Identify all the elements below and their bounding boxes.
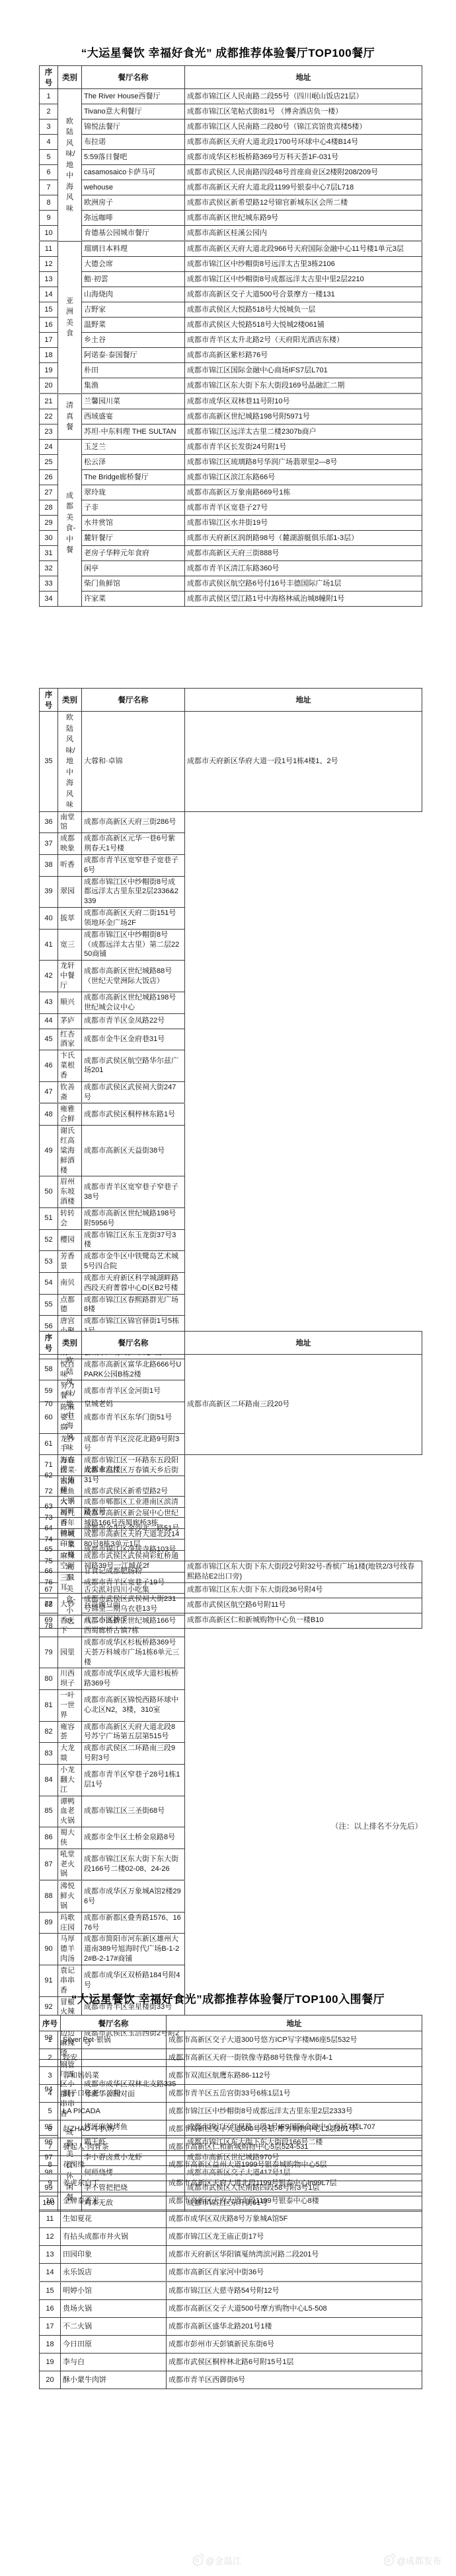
row-index: 8: [40, 2156, 61, 2175]
restaurant-name: 许家菜: [82, 592, 185, 607]
restaurant-name: 花图缘: [61, 2156, 167, 2175]
restaurant-address: 成都市金牛区金府巷31号: [82, 1029, 185, 1050]
table-row: 55:59落日餐吧成都市成华区杉板桥路369号万科天荟1F-031号: [40, 150, 422, 165]
category-label: 欧陆风味/地中海风味: [66, 712, 74, 811]
restaurant-name: 不二火锅: [61, 2318, 167, 2336]
restaurant-address: 成都市高新区交子大道500号摩方购物中心L5-508: [167, 2300, 422, 2318]
table-row: 52樱园成都市锦江区东玉龙街37号3楼: [40, 1229, 422, 1251]
restaurant-address: 成都市高新区天府大道北段966号天府国际金融中心11号楼1单元3层: [185, 241, 422, 257]
col-header-index: 序号: [40, 689, 58, 712]
restaurant-name: 成都映象: [58, 833, 82, 855]
restaurant-address: 成都市锦江区龙王庙正街17号: [167, 2228, 422, 2246]
watermark-left: @金温江: [193, 2554, 241, 2567]
restaurant-address: 成都市高新区新会展中心世纪城路166号西蜀廊桥3栋: [82, 1507, 185, 1529]
table-row: 48雍雅合鲜成都市武侯区桐梓林东路1号: [40, 1103, 422, 1125]
restaurant-name: 雍雅合鲜: [58, 1103, 82, 1125]
table-row: 77大妙成都市武侯区武侯祠大街231号锦里二期乌衣巷13号: [40, 1594, 422, 1615]
restaurant-name: 园里: [58, 1637, 82, 1668]
restaurant-table: 序号类别餐厅名称地址1欧陆风味/地中海风味The River House西餐厅成…: [39, 65, 422, 607]
row-index: 79: [40, 1637, 58, 1668]
header-row: 序号类别餐厅名称地址: [40, 689, 422, 712]
row-index: 13: [40, 2246, 61, 2264]
row-index: 76: [40, 1572, 58, 1594]
category-label: 清真餐: [66, 400, 74, 433]
ranking-note: （注：以上排名不分先后）: [39, 1821, 422, 1831]
row-index: 40: [40, 908, 58, 930]
table-row: 50眉州东坡酒楼成都市青羊区宽窄巷子窄巷子38号: [40, 1176, 422, 1208]
restaurant-name: 温野菜: [82, 318, 185, 333]
row-index: 20: [40, 2371, 61, 2389]
restaurant-address: 成都市锦江区春熙路群光广场8楼: [82, 1294, 185, 1316]
restaurant-name: 明婷小馆: [61, 2282, 167, 2300]
table-row: 87吼堂老火锅成都市锦江区东大街下东大街段166号二楼02-08、24-26: [40, 1848, 422, 1880]
row-index: 31: [40, 546, 58, 561]
col-header-address: 地址: [185, 689, 422, 712]
restaurant-name: 大蓉和·卓锦: [82, 712, 185, 812]
row-index: 84: [40, 1764, 58, 1796]
row-index: 27: [40, 485, 58, 500]
table-row: 6casamosaico卡萨马可成都市武侯区人民南路四段48号首座商业区2楼附2…: [40, 165, 422, 180]
top100-title: “大运星餐饮 幸福好食光” 成都推荐体验餐厅TOP100餐厅: [0, 44, 456, 60]
table-row: 19李与白成都市武侯区桐梓林北路6号附15号1层: [40, 2354, 422, 2371]
table-row: 11亚洲美食瑠璃日本料理成都市高新区天府大道北段966号天府国际金融中心11号楼…: [40, 241, 422, 257]
top100-table-part1: 序号类别餐厅名称地址1欧陆风味/地中海风味The River House西餐厅成…: [39, 65, 422, 607]
shortlist-table: 序号餐厅名称地址1Silver Pot·银锅成都市高新区交子大道300号悠方IC…: [39, 2015, 422, 2389]
row-index: 55: [40, 1294, 58, 1316]
restaurant-name: 肯德基公园城市餐厅: [82, 226, 185, 242]
table-row: 28子非成都市青羊区宽巷子27号: [40, 500, 422, 516]
restaurant-name: 眉州东坡酒楼: [58, 1176, 82, 1208]
restaurant-name: 蓉和妈妈菜: [61, 2067, 167, 2085]
restaurant-name: 茅庐: [58, 1013, 82, 1029]
restaurant-name: 龙轩中餐厅: [58, 961, 82, 992]
row-index: 24: [40, 440, 58, 455]
table-row: 74锦城印象成都市高新区天府大道北段1480号8栋3单元1层: [40, 1529, 422, 1551]
table-row: 13鮨·初雲成都市锦江区中纱帽街8号成都远洋太古里中里2层2210: [40, 272, 422, 287]
row-index: 43: [40, 992, 58, 1013]
row-index: 11: [40, 241, 58, 257]
table-row: 6赵ZHAO·牛扒坊成都市高新区交子大道500号合景·摩方购物中心L2层201号: [40, 2120, 422, 2138]
restaurant-address: 成都市成华区万象城A馆2楼296号: [82, 1880, 185, 1912]
row-index: 26: [40, 470, 58, 485]
row-index: 33: [40, 576, 58, 592]
restaurant-address: 成都市天府新区科学城湖畔路西段天府菁蓉中心D区B2号楼: [82, 1272, 185, 1294]
restaurant-name: 苏坦·中东料理 THE SULTAN: [82, 424, 185, 440]
table-row: 19朴田成都市锦江区国际金融中心商场IFS7层L701: [40, 363, 422, 378]
table-row: 80川西坝子成都市成华区成华大道杉板桥路369号: [40, 1668, 422, 1690]
restaurant-name: 今日田原: [61, 2336, 167, 2354]
row-index: 9: [40, 211, 58, 226]
restaurant-address: 成都市成华区成华大道杉板桥路369号: [82, 1668, 185, 1690]
restaurant-address: 成都市高新区世纪城路166号西蜀廊桥古镇7栋: [82, 1615, 185, 1637]
restaurant-name: 红杏酒家: [58, 1029, 82, 1050]
restaurant-address: 成都市锦江区中纱帽街8号（成都远洋太古里）第二层2250商铺: [82, 929, 185, 961]
table-row: 3锦悦法餐厅成都市锦江区人民南路二段80号（锦江宾馆贵宾楼5楼）: [40, 119, 422, 135]
restaurant-name: The River House西餐厅: [82, 89, 185, 104]
restaurant-address: 成都市锦江区中纱帽街8号成都远洋太古里东里2层2336&2339: [82, 876, 185, 908]
restaurant-address: 成都市高新区仁和新城购物中心5层524-531: [167, 2138, 422, 2156]
restaurant-name: 闲亭: [82, 561, 185, 576]
category-label: 欧陆风味/地中海风味: [66, 1355, 74, 1454]
restaurant-address: 成都市锦江区大慈寺路54号附12号: [167, 2282, 422, 2300]
restaurant-name: 轻安: [61, 2049, 167, 2067]
table-row: 82雍容荟成都市高新区天府大道北段8号苏宁广场第五层第515号: [40, 1721, 422, 1743]
restaurant-name: 洞子口张老二凉粉: [61, 2085, 167, 2103]
table-row: 12有拈头成都市井火锅成都市锦江区龙王庙正街17号: [40, 2228, 422, 2246]
restaurant-name: 一叶一世界: [58, 1690, 82, 1722]
restaurant-name: Silver Pot·银锅: [61, 2031, 167, 2049]
row-index: 15: [40, 302, 58, 318]
col-header-address: 地址: [185, 1332, 422, 1355]
restaurant-name: 卞氏菜根香: [58, 1050, 82, 1082]
table-row: 70欧陆风味/地中海风味皇城老妈成都市高新区二环路南三段20号: [40, 1355, 422, 1455]
row-index: 13: [40, 272, 58, 287]
col-header-name: 餐厅名称: [82, 66, 185, 89]
row-index: 5: [40, 2103, 61, 2120]
restaurant-address: 成都市高新区益州大道1999号银泰城购物中心5层: [167, 2156, 422, 2175]
restaurant-address: 成都市武侯区武侯祠彩虹桥通祠路39号一江城花2f: [82, 1551, 185, 1573]
restaurant-address: 成都市青羊区五岳宫街33号6栋1层1号: [167, 2085, 422, 2103]
row-index: 2: [40, 2049, 61, 2067]
row-index: 73: [40, 1507, 58, 1529]
restaurant-address: 成都市青羊区太升北路2号（天府阳光酒店东楼）: [185, 333, 422, 348]
table-row: 8花图缘成都市高新区益州大道1999号银泰城购物中心5层: [40, 2156, 422, 2175]
restaurant-address: 成都市高新区交子大道500号合景·摩方购物中心L2层201号: [167, 2120, 422, 2138]
col-header-index: 序号: [40, 1332, 58, 1355]
table-row: 88沸悦鲜火锅成都市成华区万象城A馆2楼296号: [40, 1880, 422, 1912]
table-row: 90马厚德羊肉汤成都市简阳市河东新区雄州大道南389号旭海时代广场B-1-22#…: [40, 1934, 422, 1965]
restaurant-name: 皇城老妈: [82, 1355, 185, 1455]
restaurant-address: 成都市锦江区中纱帽街8号成都远洋太古里中里2层2210: [185, 272, 422, 287]
restaurant-address: 成都市成华区杉板桥路369号天荟万科城市广场1栋6单元三楼: [82, 1637, 185, 1668]
row-index: 1: [40, 89, 58, 104]
table-row: 20酥小蒙牛肉饼成都市青羊区西御街6号: [40, 2371, 422, 2389]
restaurant-address: 成都市高新区天府大道北段1199号银泰中心in99L7层: [167, 2174, 422, 2192]
restaurant-address: 成都市高新区锦悦西路环球中心北区N2，3楼，310室: [82, 1690, 185, 1722]
row-index: 16: [40, 2300, 61, 2318]
table-row: 24成都美食-中餐玉芝兰成都市青羊区长发街24号附1号: [40, 440, 422, 455]
table-row: 4洞子口张老二凉粉成都市青羊区五岳宫街33号6栋1层1号: [40, 2085, 422, 2103]
restaurant-name: 西域盛宴: [82, 409, 185, 424]
table-row: 16贵场火锅成都市高新区交子大道500号摩方购物中心L5-508: [40, 2300, 422, 2318]
table-row: 47钦善斋成都市武侯区武侯祠大街247号: [40, 1081, 422, 1103]
row-index: 51: [40, 1207, 58, 1229]
restaurant-address: 成都市青羊区西御街6号: [167, 2371, 422, 2389]
restaurant-address: 成都市高新区世纪城路198号附5971号: [185, 409, 422, 424]
restaurant-name: 蜀九香: [58, 1507, 82, 1529]
restaurant-address: 成都市高新区天府大道北段1199号银泰中心8楼: [167, 2192, 422, 2210]
restaurant-address: 成都市高新区盛华北路201号1楼: [167, 2318, 422, 2336]
restaurant-name: 三只耳: [58, 1572, 82, 1594]
restaurant-address: 成都市锦江区中纱帽街8号远洋太古里3栋2106: [185, 257, 422, 272]
table-row: 30麓轩餐厅成都市天府新区润朗路98号（麓湖游艇俱乐部1-3层）: [40, 531, 422, 546]
restaurant-name: 老房子华粹元年食府: [82, 546, 185, 561]
restaurant-name: 翠园: [58, 876, 82, 908]
restaurant-name: 柴门鱼鲜馆: [82, 576, 185, 592]
row-index: 39: [40, 876, 58, 908]
row-index: 28: [40, 500, 58, 516]
restaurant-name: 转转会: [58, 1207, 82, 1229]
restaurant-address: 成都市天府新区华阳镇戛纳湾滨河路二段201号: [167, 2246, 422, 2264]
restaurant-name: 集渔: [82, 378, 185, 394]
row-index: 88: [40, 1880, 58, 1912]
restaurant-name: 子非: [82, 500, 185, 516]
restaurant-address: 成都市锦江区一环路东五段阳光新业六楼: [82, 1454, 185, 1476]
restaurant-address: 成都市高新区天府大道北段1480号8栋3单元1层: [82, 1529, 185, 1551]
table-row: 55点都德成都市锦江区春熙路群光广场8楼: [40, 1294, 422, 1316]
restaurant-name: 顺兴: [58, 992, 82, 1013]
table-row: 40拔萃成都市高新区天府二街151号领地环金广场2F: [40, 908, 422, 930]
shortlist-title: “大运星餐饮 幸福好食光”成都推荐体验餐厅TOP100入围餐厅: [0, 1990, 456, 2006]
restaurant-name: 沸悦鲜火锅: [58, 1880, 82, 1912]
row-index: 16: [40, 318, 58, 333]
restaurant-address: 成都市青羊区宽巷子19号: [82, 1572, 185, 1594]
restaurant-address: 成都市成华区双庆路8号万象城A馆5F: [167, 2210, 422, 2228]
row-index: 35: [40, 712, 58, 812]
restaurant-name: 瑠璃日本料理: [82, 241, 185, 257]
table-row: 22西域盛宴成都市高新区世纪城路198号附5971号: [40, 409, 422, 424]
table-row: 31老房子华粹元年食府成都市高新区天府三街888号: [40, 546, 422, 561]
restaurant-name: 玉芝兰: [82, 440, 185, 455]
table-row: 41宽三成都市锦江区中纱帽街8号（成都远洋太古里）第二层2250商铺: [40, 929, 422, 961]
row-index: 18: [40, 2336, 61, 2354]
weibo-icon: [384, 2556, 394, 2565]
restaurant-name: 大德会席: [82, 257, 185, 272]
restaurant-name: 大龙燚: [58, 1743, 82, 1765]
restaurant-name: 雍容荟: [58, 1721, 82, 1743]
document-page: “大运星餐饮 幸福好食光” 成都推荐体验餐厅TOP100餐厅 序号类别餐厅名称地…: [0, 0, 456, 2576]
restaurant-name: 南堂馆: [58, 811, 82, 833]
restaurant-name: Tivano意大利餐厅: [82, 104, 185, 119]
restaurant-name: casamosaico卡萨马可: [82, 165, 185, 180]
row-index: 12: [40, 257, 58, 272]
restaurant-address: 成都市锦江区笔帖式街81号 （博舍酒店负一楼）: [185, 104, 422, 119]
table-row: 79园里成都市成华区杉板桥路369号天荟万科城市广场1栋6单元三楼: [40, 1637, 422, 1668]
table-row: 17乡土谷成都市青羊区太升北路2号（天府阳光酒店东楼）: [40, 333, 422, 348]
category-cell: 成都美食-中餐: [58, 440, 82, 607]
restaurant-name: 锦悦法餐厅: [82, 119, 185, 135]
table-row: 13田园印象成都市天府新区华阳镇戛纳湾滨河路二段201号: [40, 2246, 422, 2264]
table-row: 36南堂馆成都市高新区天府三街286号: [40, 811, 422, 833]
col-header-category: 类别: [58, 1332, 82, 1355]
restaurant-name: 香天下: [58, 1615, 82, 1637]
restaurant-address: 成都市高新区天府三街286号: [82, 811, 185, 833]
table-row: 12大德会席成都市锦江区中纱帽街8号远洋太古里3栋2106: [40, 257, 422, 272]
restaurant-address: 成都市高新区肖家河中街36号: [167, 2264, 422, 2282]
col-header-category: 类别: [58, 689, 82, 712]
row-index: 87: [40, 1848, 58, 1880]
restaurant-name: 金牌泰香米: [61, 2192, 167, 2210]
restaurant-name: 李与白: [61, 2354, 167, 2371]
row-index: 19: [40, 363, 58, 378]
row-index: 29: [40, 516, 58, 531]
restaurant-address: 成都市高新区天益街38号: [82, 1126, 185, 1176]
restaurant-name: 阿诺泰·泰国餐厅: [82, 348, 185, 363]
row-index: 7: [40, 180, 58, 195]
table-row: 39翠园成都市锦江区中纱帽街8号成都远洋太古里东里2层2336&2339: [40, 876, 422, 908]
restaurant-name: 兰馨园川菜: [82, 393, 185, 409]
restaurant-address: 成都市高新区天府三街888号: [185, 546, 422, 561]
restaurant-name: 谢氏红高粱海鲜酒楼: [58, 1126, 82, 1176]
restaurant-name: 赵ZHAO·牛扒坊: [61, 2120, 167, 2138]
restaurant-address: 成都市新都区叠秀路1576、1676号: [82, 1912, 185, 1934]
row-index: 41: [40, 929, 58, 961]
restaurant-address: 成都市青羊区金凤路22号: [82, 1013, 185, 1029]
table-row: 11生如夏花成都市成华区双庆路8号万象城A馆5F: [40, 2210, 422, 2228]
row-index: 72: [40, 1476, 58, 1508]
restaurant-address: 成都市武侯区二环路南三段9号附3号: [82, 1743, 185, 1765]
row-index: 48: [40, 1103, 58, 1125]
watermark-right: @成都发布: [384, 2554, 441, 2567]
table-row: 9姜虎东白丁成都市高新区天府大道北段1199号银泰中心in99L7层: [40, 2174, 422, 2192]
table-row: 27翠玲珑成都市高新区万象南路669号1栋: [40, 485, 422, 500]
table-row: 2轻安成都市高新区天府一街铁像寺路88号铁像寺水街4-1: [40, 2049, 422, 2067]
restaurant-address: 成都市锦江区中纱帽街8号成都远洋太古里东里2层2333号: [167, 2103, 422, 2120]
restaurant-table: 序号餐厅名称地址1Silver Pot·银锅成都市高新区交子大道300号悠方IC…: [39, 2015, 422, 2389]
restaurant-address: 成都市简阳市河东新区雄州大道南389号旭海时代广场B-1-22#B-2-17#商…: [82, 1934, 185, 1965]
table-row: 72银滩鲍鱼火锅成都市武侯区新希望路2号: [40, 1476, 422, 1508]
table-row: 15明婷小馆成都市锦江区大慈寺路54号附12号: [40, 2282, 422, 2300]
table-row: 2Tivano意大利餐厅成都市锦江区笔帖式街81号 （博舍酒店负一楼）: [40, 104, 422, 119]
restaurant-address: 成都市锦江区远洋太古里二楼2307b商户: [185, 424, 422, 440]
col-header-name: 餐厅名称: [82, 689, 185, 712]
restaurant-name: 点都德: [58, 1294, 82, 1316]
row-index: 12: [40, 2228, 61, 2246]
row-index: 22: [40, 409, 58, 424]
restaurant-name: 小龙翻大江: [58, 1764, 82, 1796]
restaurant-name: 海底捞: [58, 1454, 82, 1476]
col-header-index: 序号: [40, 2016, 61, 2031]
table-row: 21清真餐兰馨园川菜成都市成华区双林巷11号附10号: [40, 393, 422, 409]
restaurant-address: 成都市高新区天府大道北段1700号环球中心4楼B14号: [185, 135, 422, 150]
restaurant-name: 大妙: [58, 1594, 82, 1615]
restaurant-address: 成都市武侯区人民南路四段48号首座商业区2楼附208/209号: [185, 165, 422, 180]
table-row: 7發起人·肉骨茶成都市高新区仁和新城购物中心5层524-531: [40, 2138, 422, 2156]
row-index: 25: [40, 455, 58, 470]
row-index: 14: [40, 287, 58, 302]
table-row: 84小龙翻大江成都市青羊区窄巷子28号1栋1层1号: [40, 1764, 422, 1796]
row-index: 10: [40, 2192, 61, 2210]
row-index: 17: [40, 2318, 61, 2336]
row-index: 7: [40, 2138, 61, 2156]
restaurant-name: 田园印象: [61, 2246, 167, 2264]
restaurant-name: 拔萃: [58, 908, 82, 930]
row-index: 32: [40, 561, 58, 576]
table-row: 46卞氏菜根香成都市武侯区航空路华尔兹广场201: [40, 1050, 422, 1082]
restaurant-address: 成都市高新区万象南路669号1栋: [185, 485, 422, 500]
row-index: 77: [40, 1594, 58, 1615]
table-row: 7wehouse成都市高新区天府大道北段1199号银泰中心7层L718: [40, 180, 422, 195]
row-index: 49: [40, 1126, 58, 1176]
restaurant-name: The Bridge廊桥餐厅: [82, 470, 185, 485]
restaurant-name: 吼堂老火锅: [58, 1848, 82, 1880]
table-row: 10肯德基公园城市餐厅成都市高新区桂溪公园内: [40, 226, 422, 242]
restaurant-address: 成都市锦江区琉璃路8号华润广场翡翠里2—8号: [185, 455, 422, 470]
row-index: 74: [40, 1529, 58, 1551]
row-index: 20: [40, 378, 58, 394]
header-row: 序号类别餐厅名称地址: [40, 1332, 422, 1355]
row-index: 6: [40, 2120, 61, 2138]
row-index: 52: [40, 1229, 58, 1251]
row-index: 6: [40, 165, 58, 180]
header-row: 序号餐厅名称地址: [40, 2016, 422, 2031]
restaurant-address: 成都市高新区二环路南三段20号: [185, 1355, 422, 1455]
restaurant-address: 成都市锦江区国际金融中心商场IFS7层L701: [185, 363, 422, 378]
row-index: 36: [40, 811, 58, 833]
table-row: 53芳香景成都市金牛区中铁鹭岛艺术城5号四合院: [40, 1251, 422, 1273]
row-index: 70: [40, 1355, 58, 1455]
restaurant-name: 南贝: [58, 1272, 82, 1294]
restaurant-address: 成都市高新区天府大道北段1199号银泰中心7层L718: [185, 180, 422, 195]
category-label: 欧陆风味/地中海风味: [66, 116, 74, 215]
restaurant-address: 成都市锦江区人民南路二段55号（四川岷山饭店21层）: [185, 89, 422, 104]
restaurant-name: 马厚德羊肉汤: [58, 1934, 82, 1965]
row-index: 3: [40, 2067, 61, 2085]
restaurant-address: 成都市成华区杉板桥路369号万科天荟1F-031号: [185, 150, 422, 165]
restaurant-name: 永乐饭店: [61, 2264, 167, 2282]
restaurant-address: 成都市锦江区水井街19号: [185, 516, 422, 531]
table-row: 32闲亭成都市青羊区清江东路360号: [40, 561, 422, 576]
restaurant-name: LA PICADA: [61, 2103, 167, 2120]
weibo-icon: [193, 2556, 203, 2565]
table-row: 33柴门鱼鲜馆成都市武侯区航空路6号付16号丰德国际广场1层: [40, 576, 422, 592]
restaurant-address: 成都市高新区世纪城路88号（世纪天堂洲际大饭店）: [82, 961, 185, 992]
row-index: 44: [40, 1013, 58, 1029]
row-index: 14: [40, 2264, 61, 2282]
restaurant-name: 翠玲珑: [82, 485, 185, 500]
col-header-name: 餐厅名称: [82, 1332, 185, 1355]
restaurant-name: 5:59落日餐吧: [82, 150, 185, 165]
table-row: 14山海烧肉成都市高新区交子大道500号合景摩方一楼131: [40, 287, 422, 302]
row-index: 3: [40, 119, 58, 135]
restaurant-address: 成都市锦江区滨江东路66号: [185, 470, 422, 485]
restaurant-address: 成都市天府新区华府大道一段1号1栋4楼1、2号: [185, 712, 422, 812]
restaurant-name: 乡土谷: [82, 333, 185, 348]
table-row: 75麻辣空间成都市武侯区武侯祠彩虹桥通祠路39号一江城花2f: [40, 1551, 422, 1573]
row-index: 75: [40, 1551, 58, 1573]
restaurant-name: 吉野家: [82, 302, 185, 318]
col-header-index: 序号: [40, 66, 58, 89]
restaurant-address: 成都市双流区航鹰东路86-112号: [167, 2067, 422, 2085]
restaurant-address: 成都市武侯区大悦路518号大悦城负一层: [185, 302, 422, 318]
restaurant-address: 成都市武侯区航空路6号付16号丰德国际广场1层: [185, 576, 422, 592]
row-index: 34: [40, 592, 58, 607]
restaurant-address: 成都市武侯区新希望路12号锦官新城东区会所二楼: [185, 195, 422, 211]
row-index: 71: [40, 1454, 58, 1476]
table-row: 4布拉诺成都市高新区天府大道北段1700号环球中心4楼B14号: [40, 135, 422, 150]
restaurant-address: 成都市武侯区桐梓林东路1号: [82, 1103, 185, 1125]
restaurant-name: 麻辣空间: [58, 1551, 82, 1573]
row-index: 11: [40, 2210, 61, 2228]
table-row: 89玛歌庄园成都市新都区叠秀路1576、1676号: [40, 1912, 422, 1934]
row-index: 17: [40, 333, 58, 348]
row-index: 19: [40, 2354, 61, 2371]
table-row: 29水井赏馆成都市锦江区水井街19号: [40, 516, 422, 531]
row-index: 15: [40, 2282, 61, 2300]
watermark-label: @金温江: [206, 2554, 241, 2567]
restaurant-name: 银滩鲍鱼火锅: [58, 1476, 82, 1508]
col-header-name: 餐厅名称: [61, 2016, 167, 2031]
table-row: 81一叶一世界成都市高新区锦悦西路环球中心北区N2，3楼，310室: [40, 1690, 422, 1722]
restaurant-name: 有拈头成都市井火锅: [61, 2228, 167, 2246]
restaurant-name: 麓轩餐厅: [82, 531, 185, 546]
restaurant-address: 成都市高新区世纪城路198号附5956号: [82, 1207, 185, 1229]
table-row: 43顺兴成都市高新区世纪城路198号世纪城会议中心: [40, 992, 422, 1013]
table-row: 16温野菜成都市武侯区大悦路518号大悦城2楼061铺: [40, 318, 422, 333]
table-row: 25松云泽成都市锦江区琉璃路8号华润广场翡翠里2—8号: [40, 455, 422, 470]
row-index: 21: [40, 393, 58, 409]
row-index: 2: [40, 104, 58, 119]
